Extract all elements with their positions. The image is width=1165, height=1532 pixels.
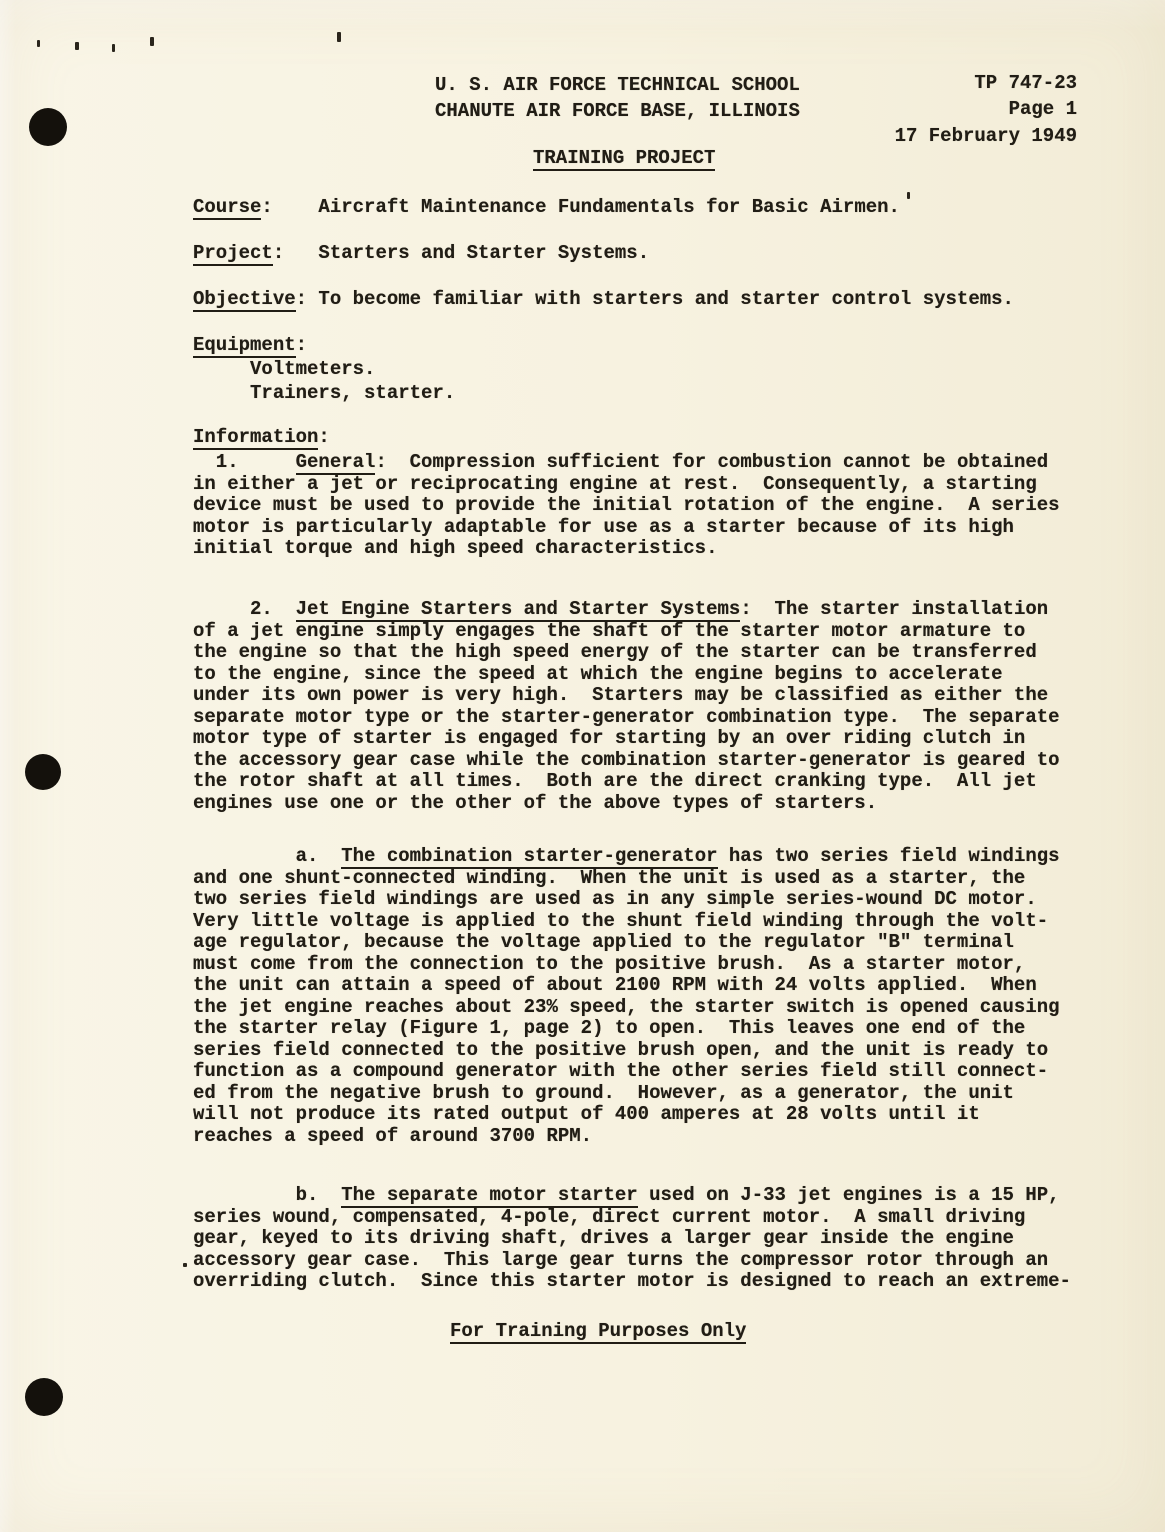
text-line: initial torque and high speed characteri…	[193, 538, 1060, 560]
doc-number: TP 747-23	[895, 70, 1077, 96]
text-line: Trainers, starter.	[193, 382, 455, 406]
information-heading: Information:	[193, 427, 330, 449]
punch-hole	[25, 754, 61, 790]
paragraph-separate-motor-starter: b. The separate motor starter used on J-…	[193, 1185, 1071, 1293]
header-doc-info: TP 747-23 Page 1 17 February 1949	[895, 70, 1077, 149]
text-line: a. The combination starter-generator has…	[193, 846, 1060, 868]
text-line: Course: Aircraft Maintenance Fundamental…	[193, 196, 1014, 242]
text-line: 2. Jet Engine Starters and Starter Syste…	[193, 599, 1060, 621]
text-line: Equipment:	[193, 334, 455, 358]
text-line: series field connected to the positive b…	[193, 1040, 1060, 1062]
text-line: under its own power is very high. Starte…	[193, 685, 1060, 707]
text-line: Information:	[193, 427, 330, 449]
text-line: engines use one or the other of the abov…	[193, 793, 1060, 815]
paragraph-jet-engine-starters: 2. Jet Engine Starters and Starter Syste…	[193, 599, 1060, 814]
text-line: the jet engine reaches about 23% speed, …	[193, 997, 1060, 1019]
text-line: of a jet engine simply engages the shaft…	[193, 621, 1060, 643]
text-line: 1. General: Compression sufficient for c…	[193, 452, 1060, 474]
ink-speck	[183, 1263, 187, 1267]
text-line: in either a jet or reciprocating engine …	[193, 474, 1060, 496]
text-line: the starter relay (Figure 1, page 2) to …	[193, 1018, 1060, 1040]
text-line: age regulator, because the voltage appli…	[193, 932, 1060, 954]
ink-speck	[75, 42, 79, 50]
text-line: Project: Starters and Starter Systems.	[193, 242, 1014, 288]
text-line: and one shunt-connected winding. When th…	[193, 868, 1060, 890]
text-line: the engine so that the high speed energy…	[193, 642, 1060, 664]
doc-date: 17 February 1949	[895, 123, 1077, 149]
text-line: Objective: To become familiar with start…	[193, 288, 1014, 334]
ink-speck	[150, 37, 154, 46]
course-project-objective-fields: Course: Aircraft Maintenance Fundamental…	[193, 196, 1014, 334]
punch-hole	[29, 108, 67, 146]
text-line: Very little voltage is applied to the sh…	[193, 911, 1060, 933]
paragraph-combination-starter-generator: a. The combination starter-generator has…	[193, 846, 1060, 1147]
school-name: U. S. AIR FORCE TECHNICAL SCHOOL	[435, 72, 800, 98]
text-line: reaches a speed of around 3700 RPM.	[193, 1126, 1060, 1148]
text-line: to the engine, since the speed at which …	[193, 664, 1060, 686]
document-page: U. S. AIR FORCE TECHNICAL SCHOOL CHANUTE…	[0, 0, 1165, 1532]
text-line: ed from the negative brush to ground. Ho…	[193, 1083, 1060, 1105]
text-line: the accessory gear case while the combin…	[193, 750, 1060, 772]
ink-speck	[112, 44, 115, 52]
text-line: separate motor type or the starter-gener…	[193, 707, 1060, 729]
text-line: motor type of starter is engaged for sta…	[193, 728, 1060, 750]
ink-speck	[37, 40, 40, 47]
text-line: the rotor shaft at all times. Both are t…	[193, 771, 1060, 793]
text-line: function as a compound generator with th…	[193, 1061, 1060, 1083]
text-line: overriding clutch. Since this starter mo…	[193, 1271, 1071, 1293]
header-school-address: U. S. AIR FORCE TECHNICAL SCHOOL CHANUTE…	[435, 72, 800, 124]
text-line: motor is particularly adaptable for use …	[193, 517, 1060, 539]
text-line: the unit can attain a speed of about 210…	[193, 975, 1060, 997]
page-number: Page 1	[895, 96, 1077, 122]
text-line: two series field windings are used as in…	[193, 889, 1060, 911]
text-line: must come from the connection to the pos…	[193, 954, 1060, 976]
ink-speck	[337, 32, 341, 42]
text-line: b. The separate motor starter used on J-…	[193, 1185, 1071, 1207]
base-name: CHANUTE AIR FORCE BASE, ILLINOIS	[435, 98, 800, 124]
text-line: accessory gear case. This large gear tur…	[193, 1250, 1071, 1272]
text-line: will not produce its rated output of 400…	[193, 1104, 1060, 1126]
punch-hole	[25, 1378, 63, 1416]
text-line: series wound, compensated, 4-pole, direc…	[193, 1207, 1071, 1229]
footer-training-purposes: For Training Purposes Only	[450, 1320, 746, 1344]
document-title: TRAINING PROJECT	[533, 147, 715, 171]
text-line: Voltmeters.	[193, 358, 455, 382]
paragraph-general: 1. General: Compression sufficient for c…	[193, 452, 1060, 560]
text-line: device must be used to provide the initi…	[193, 495, 1060, 517]
equipment-section: Equipment: Voltmeters. Trainers, starter…	[193, 334, 455, 406]
text-line: gear, keyed to its driving shaft, drives…	[193, 1228, 1071, 1250]
